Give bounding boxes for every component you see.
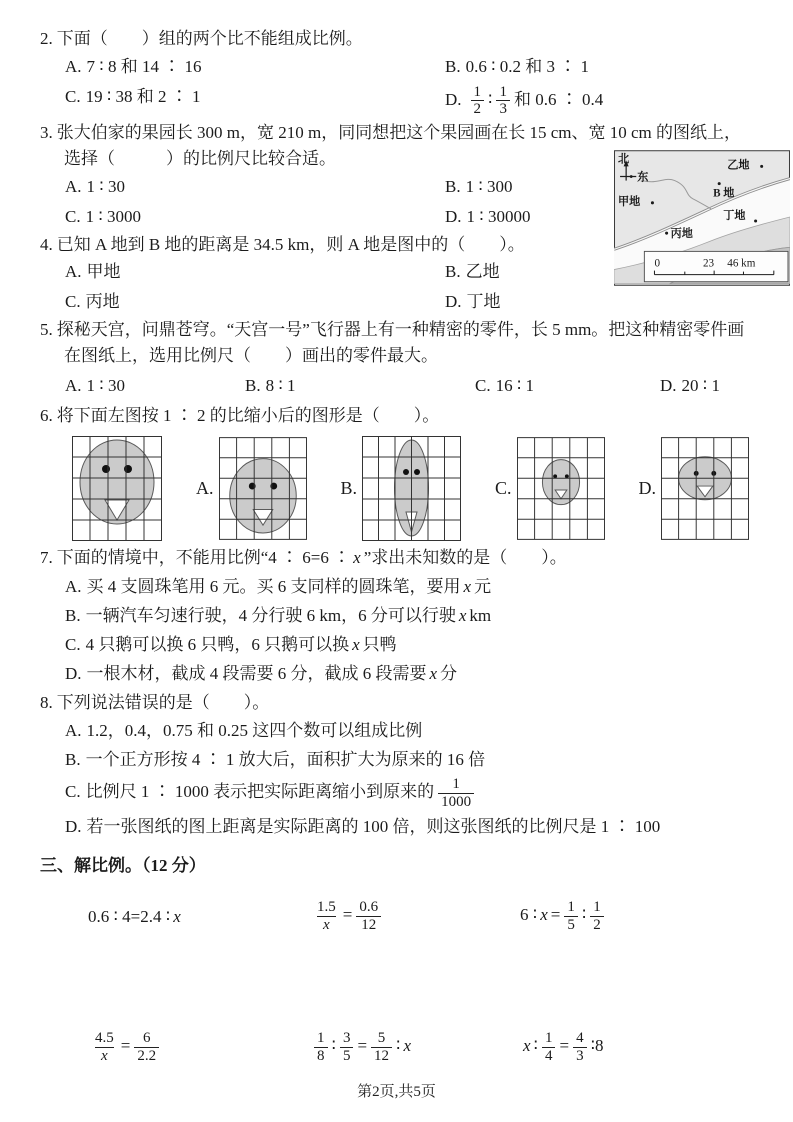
solve-problem-5: 18∶35=512∶x [310, 1030, 520, 1065]
question-2-number: 2. [40, 29, 53, 48]
q8-option-c-pre: 比例尺 1 ∶ 1000 表示把实际距离缩小到原来的 [86, 782, 435, 801]
grid-face-original [72, 436, 162, 541]
q5-option-d-text: 20 ∶ 1 [682, 376, 720, 395]
p6-constant: 8 [595, 1036, 604, 1055]
map-dot-bdi [718, 182, 721, 185]
q4-option-d: D.丁地 [445, 289, 755, 315]
fraction-denominator: 3 [496, 100, 510, 118]
fraction-numerator: 1.5 [314, 899, 339, 916]
q6-figure-b: B. [341, 436, 462, 541]
q3-option-d-text: 1 ∶ 30000 [467, 207, 531, 226]
q2-option-c-label: C. [65, 87, 81, 106]
question-8-stem: 8.下列说法错误的是（ ）。 [40, 690, 755, 716]
q5-option-d-label: D. [660, 376, 677, 395]
fraction-denominator: 2 [590, 916, 604, 934]
map-label-jiadi: 甲地 [618, 194, 640, 208]
question-3-number: 3. [40, 123, 53, 142]
p5-variable: x [403, 1036, 411, 1055]
q3-option-c-label: C. [65, 207, 81, 226]
fraction: 15 [564, 899, 578, 934]
compass-north-label: 北 [618, 152, 629, 165]
p6-variable: x [523, 1036, 531, 1055]
scale-end-label: 46 km [727, 258, 755, 270]
q4-option-b-text: 乙地 [466, 262, 500, 281]
fraction: 4.5x [92, 1030, 117, 1065]
fraction-denominator: 2 [471, 100, 485, 118]
q8-option-b: B.一个正方形按 4 ∶ 1 放大后，面积扩大为原来的 16 倍 [65, 747, 755, 773]
q6-figure-c: C. [495, 436, 605, 541]
solve-problem-1: 0.6 ∶ 4=2.4 ∶x [88, 904, 310, 930]
section-3-text: 解比例。（12 分） [74, 856, 206, 875]
q7-option-b-post: km [469, 606, 491, 625]
solve-row-2: 4.5x=62.2 18∶35=512∶x x∶14=43∶8 [40, 1030, 755, 1065]
q3-option-a-label: A. [65, 177, 82, 196]
fraction-denominator: 5 [340, 1047, 354, 1065]
q7-option-c-pre: 4 只鹅可以换 6 只鸭，6 只鹅可以换 [86, 635, 350, 654]
fraction: 35 [340, 1030, 354, 1065]
question-6-number: 6. [40, 406, 53, 425]
q7-option-c-variable: x [352, 635, 360, 654]
q3-option-c: C.1 ∶ 3000 [65, 204, 445, 230]
q7-option-a-post: 元 [474, 577, 491, 596]
fraction-numerator: 1 [314, 1030, 328, 1047]
map-dot-dingdi [754, 220, 757, 223]
q4-option-d-text: 丁地 [467, 292, 501, 311]
question-7-text-pre: 下面的情境中，不能用比例“4 ∶ 6=6 ∶ [57, 548, 350, 567]
ratio-colon: ∶ [396, 1036, 400, 1055]
q5-option-a-label: A. [65, 376, 82, 395]
equals-sign: = [343, 905, 353, 924]
q3-option-b-label: B. [445, 177, 461, 196]
question-4-text: 已知 A 地到 B 地的距离是 34.5 km，则 A 地是图中的（ ）。 [57, 235, 525, 254]
q2-option-d-tail: 和 0.6 ∶ 0.4 [514, 90, 603, 109]
ratio-colon: ∶ [332, 1036, 336, 1055]
fraction-numerator: 1 [471, 84, 485, 101]
fraction: 12 [590, 899, 604, 934]
q5-option-c-text: 16 ∶ 1 [496, 376, 534, 395]
q4-option-c-text: 丙地 [86, 292, 120, 311]
fraction-denominator: x [95, 1047, 114, 1065]
q8-option-c: C.比例尺 1 ∶ 1000 表示把实际距离缩小到原来的11000 [65, 776, 755, 811]
q8-option-d: D.若一张图纸的图上距离是实际距离的 100 倍，则这张图纸的比例尺是 1 ∶ … [65, 814, 755, 840]
q5-option-a-text: 1 ∶ 30 [87, 376, 125, 395]
q3-option-a: A.1 ∶ 30 [65, 174, 445, 200]
q7-option-d-variable: x [430, 664, 438, 683]
solve-row-1: 0.6 ∶ 4=2.4 ∶x 1.5x=0.612 6 ∶x=15∶12 [40, 899, 755, 934]
question-7-stem: 7.下面的情境中，不能用比例“4 ∶ 6=6 ∶x”求出未知数的是（ ）。 [40, 545, 755, 571]
q7-option-a-variable: x [464, 577, 472, 596]
q7-option-d-label: D. [65, 664, 82, 683]
q3-option-d-label: D. [445, 207, 462, 226]
fraction: 14 [542, 1030, 556, 1065]
question-5-stem: 5.探秘天宫，问鼎苍穹。“天宫一号”飞行器上有一种精密的零件，长 5 mm。把这… [40, 317, 755, 369]
q7-option-a: A.买 4 支圆珠笔用 6 元。买 6 支同样的圆珠笔，要用x元 [65, 574, 755, 600]
ratio-colon: ∶ [488, 90, 492, 109]
q5-option-d: D.20 ∶ 1 [660, 373, 755, 399]
q6-figure-d: D. [639, 436, 750, 541]
fraction: 43 [573, 1030, 587, 1065]
q7-option-d: D.一根木材，截成 4 段需要 6 分，截成 6 段需要x分 [65, 661, 755, 687]
solve-problem-2: 1.5x=0.612 [310, 899, 520, 934]
question-2-stem: 2.下面（ ）组的两个比不能组成比例。 [40, 26, 755, 52]
fraction: 11000 [438, 776, 474, 811]
fraction-denominator: 4 [542, 1047, 556, 1065]
fraction: 12 [471, 84, 485, 119]
q4-option-a-label: A. [65, 262, 82, 281]
question-map-figure: 北 东 乙地 甲地 B 地 丁地 丙地 0 23 46 km [614, 150, 790, 286]
question-7-variable: x [353, 548, 361, 567]
grid-face-a [219, 436, 307, 541]
fraction-numerator: 4.5 [92, 1030, 117, 1047]
map-svg: 北 东 乙地 甲地 B 地 丁地 丙地 0 23 46 km [614, 150, 790, 286]
question-6-stem: 6.将下面左图按 1 ∶ 2 的比缩小后的图形是（ ）。 [40, 403, 755, 429]
fraction-numerator: 1 [438, 776, 474, 793]
ratio-colon: ∶ [582, 905, 586, 924]
q6-figure-c-label: C. [495, 475, 512, 502]
q2-option-c: C.19 ∶ 38 和 2 ∶ 1 [65, 84, 445, 119]
fraction: 13 [496, 84, 510, 119]
q7-option-c-post: 只鸭 [363, 635, 397, 654]
q6-figure-d-label: D. [639, 475, 657, 502]
q2-option-a-text: 7 ∶ 8 和 14 ∶ 16 [87, 57, 202, 76]
q8-option-a-label: A. [65, 721, 82, 740]
q7-option-b: B.一辆汽车匀速行驶，4 分行驶 6 km，6 分可以行驶xkm [65, 603, 755, 629]
question-6-figures: A. B. C. [72, 436, 755, 541]
map-label-dingdi: 丁地 [723, 208, 745, 222]
question-2-options: A.7 ∶ 8 和 14 ∶ 16 B.0.6 ∶ 0.2 和 3 ∶ 1 C.… [65, 54, 755, 118]
fraction-numerator: 1 [496, 84, 510, 101]
fraction: 1.5x [314, 899, 339, 934]
fraction-denominator: 8 [314, 1047, 328, 1065]
section-3-number: 三、 [40, 856, 74, 875]
scale-mid-label: 23 [703, 258, 715, 270]
equals-sign: = [121, 1036, 131, 1055]
q6-figure-a: A. [196, 436, 307, 541]
q5-option-b: B.8 ∶ 1 [245, 373, 475, 399]
solve-problem-4: 4.5x=62.2 [88, 1030, 310, 1065]
fraction-numerator: 1 [590, 899, 604, 916]
ratio-colon: ∶ [534, 1036, 538, 1055]
q7-option-c-label: C. [65, 635, 81, 654]
question-4-number: 4. [40, 235, 53, 254]
fraction-numerator: 1 [542, 1030, 556, 1047]
fraction-numerator: 3 [340, 1030, 354, 1047]
fraction-numerator: 6 [134, 1030, 159, 1047]
map-dot-jiadi [651, 201, 654, 204]
fraction: 18 [314, 1030, 328, 1065]
question-6-text: 将下面左图按 1 ∶ 2 的比缩小后的图形是（ ）。 [57, 406, 440, 425]
question-5-options: A.1 ∶ 30 B.8 ∶ 1 C.16 ∶ 1 D.20 ∶ 1 [65, 373, 755, 399]
map-label-bingdi: 丙地 [671, 226, 693, 240]
solve-problem-6: x∶14=43∶8 [520, 1030, 755, 1065]
q2-option-d-label: D. [445, 90, 462, 109]
fraction-denominator: 3 [573, 1047, 587, 1065]
q8-option-d-label: D. [65, 817, 82, 836]
p1-expression: 0.6 ∶ 4=2.4 ∶ [88, 907, 170, 926]
q7-option-d-pre: 一根木材，截成 4 段需要 6 分，截成 6 段需要 [87, 664, 427, 683]
q3-option-b-text: 1 ∶ 300 [466, 177, 513, 196]
q5-option-b-text: 8 ∶ 1 [266, 376, 296, 395]
q2-option-b-label: B. [445, 57, 461, 76]
equals-sign: = [357, 1036, 367, 1055]
fraction-denominator: 12 [371, 1047, 392, 1065]
q4-option-d-label: D. [445, 292, 462, 311]
fraction: 512 [371, 1030, 392, 1065]
q6-figure-a-label: A. [196, 475, 214, 502]
question-8-text: 下列说法错误的是（ ）。 [57, 693, 270, 712]
exam-page: 2.下面（ ）组的两个比不能组成比例。 A.7 ∶ 8 和 14 ∶ 16 B.… [0, 0, 793, 1122]
q6-figure-original [72, 436, 162, 541]
equals-sign: = [551, 905, 561, 924]
q7-option-a-pre: 买 4 支圆珠笔用 6 元。买 6 支同样的圆珠笔，要用 [87, 577, 461, 596]
fraction: 0.612 [356, 899, 381, 934]
q7-option-b-pre: 一辆汽车匀速行驶，4 分行驶 6 km，6 分可以行驶 [86, 606, 456, 625]
q8-option-a: A.1.2，0.4，0.75 和 0.25 这四个数可以组成比例 [65, 718, 755, 744]
q8-option-d-text: 若一张图纸的图上距离是实际距离的 100 倍，则这张图纸的比例尺是 1 ∶ 10… [87, 817, 661, 836]
equals-sign: = [559, 1036, 569, 1055]
map-scale-bar: 0 23 46 km [644, 251, 788, 281]
question-8-number: 8. [40, 693, 53, 712]
fraction-denominator: 12 [356, 916, 381, 934]
map-label-bdi: B 地 [713, 186, 734, 200]
fraction-numerator: 1 [564, 899, 578, 916]
q8-option-b-text: 一个正方形按 4 ∶ 1 放大后，面积扩大为原来的 16 倍 [86, 750, 486, 769]
grid-face-c [517, 436, 605, 541]
q3-option-c-text: 1 ∶ 3000 [86, 207, 141, 226]
fraction-numerator: 4 [573, 1030, 587, 1047]
p3-pre: 6 ∶ [520, 905, 537, 924]
fraction: 62.2 [134, 1030, 159, 1065]
question-7-text-post: ”求出未知数的是（ ）。 [364, 548, 567, 567]
p3-variable: x [540, 905, 548, 924]
page-number-footer: 第2页,共5页 [0, 1081, 793, 1104]
map-dot-yidi [760, 165, 763, 168]
q2-option-b-text: 0.6 ∶ 0.2 和 3 ∶ 1 [466, 57, 589, 76]
fraction-denominator: 2.2 [134, 1047, 159, 1065]
q5-option-b-label: B. [245, 376, 261, 395]
q7-option-a-label: A. [65, 577, 82, 596]
q4-option-b-label: B. [445, 262, 461, 281]
fraction-denominator: 5 [564, 916, 578, 934]
grid-face-b [362, 436, 461, 541]
q4-option-c: C.丙地 [65, 289, 445, 315]
q8-option-c-label: C. [65, 782, 81, 801]
fraction-numerator: 0.6 [356, 899, 381, 916]
q7-option-c: C.4 只鹅可以换 6 只鸭，6 只鹅可以换x只鸭 [65, 632, 755, 658]
q2-option-d: D.12∶13和 0.6 ∶ 0.4 [445, 84, 755, 119]
fraction-denominator: 1000 [438, 793, 474, 811]
q2-option-c-text: 19 ∶ 38 和 2 ∶ 1 [86, 87, 201, 106]
q8-option-b-label: B. [65, 750, 81, 769]
q8-option-a-text: 1.2，0.4，0.75 和 0.25 这四个数可以组成比例 [87, 721, 423, 740]
grid-face-d [661, 436, 749, 541]
q2-option-b: B.0.6 ∶ 0.2 和 3 ∶ 1 [445, 54, 755, 80]
map-label-yidi: 乙地 [727, 157, 749, 171]
q4-option-c-label: C. [65, 292, 81, 311]
question-5-text: 探秘天宫，问鼎苍穹。“天宫一号”飞行器上有一种精密的零件，长 5 mm。把这种精… [57, 320, 745, 365]
q4-option-a: A.甲地 [65, 259, 445, 285]
q5-option-a: A.1 ∶ 30 [65, 373, 245, 399]
q4-option-a-text: 甲地 [87, 262, 121, 281]
p1-variable: x [173, 907, 181, 926]
compass-east-label: 东 [637, 170, 649, 184]
q5-option-c: C.16 ∶ 1 [475, 373, 660, 399]
map-dot-bingdi [665, 232, 668, 235]
q7-option-b-variable: x [459, 606, 467, 625]
solve-problem-3: 6 ∶x=15∶12 [520, 899, 755, 934]
question-5-number: 5. [40, 320, 53, 339]
q3-option-a-text: 1 ∶ 30 [87, 177, 125, 196]
q2-option-a: A.7 ∶ 8 和 14 ∶ 16 [65, 54, 445, 80]
fraction-numerator: 5 [371, 1030, 392, 1047]
q6-figure-b-label: B. [341, 475, 358, 502]
section-3-title: 三、解比例。（12 分） [40, 853, 755, 879]
question-2-text: 下面（ ）组的两个比不能组成比例。 [57, 29, 363, 48]
fraction-denominator: x [317, 916, 336, 934]
q7-option-b-label: B. [65, 606, 81, 625]
q5-option-c-label: C. [475, 376, 491, 395]
q2-option-a-label: A. [65, 57, 82, 76]
scale-zero-label: 0 [654, 258, 660, 270]
q7-option-d-post: 分 [440, 664, 457, 683]
question-7-number: 7. [40, 548, 53, 567]
